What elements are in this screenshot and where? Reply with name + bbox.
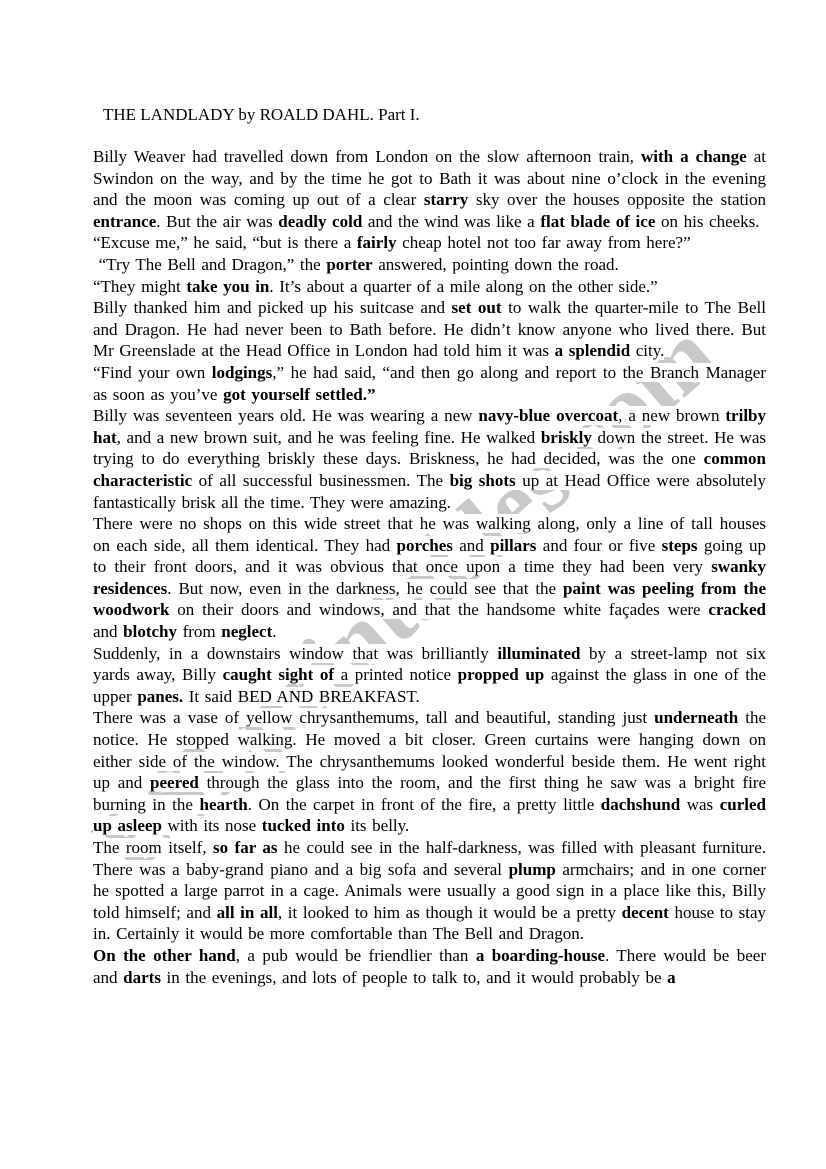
bold-term: navy-blue overcoat: [478, 406, 618, 425]
text-segment: It said BED AND BREAKFAST.: [183, 687, 420, 706]
bold-term: big shots: [450, 471, 516, 490]
text-segment: Billy thanked him and picked up his suit…: [93, 298, 452, 317]
text-segment: and the wind was like a: [362, 212, 540, 231]
paragraph: “Excuse me,” he said, “but is there a fa…: [93, 232, 766, 254]
bold-term: starry: [424, 190, 468, 209]
paragraph: “They might take you in. It’s about a qu…: [93, 276, 766, 298]
paragraph: There were no shops on this wide street …: [93, 513, 766, 643]
document-content: THE LANDLADY by ROALD DAHL. Part I. Bill…: [93, 104, 766, 988]
text-segment: its belly.: [345, 816, 409, 835]
paragraph: Suddenly, in a downstairs window that wa…: [93, 643, 766, 708]
paragraph: The room itself, so far as he could see …: [93, 837, 766, 945]
paragraph-text: Billy thanked him and picked up his suit…: [93, 298, 766, 360]
text-segment: , and a new brown suit, and he was feeli…: [117, 428, 541, 447]
bold-term: porches: [397, 536, 453, 555]
text-segment: . On the carpet in front of the fire, a …: [248, 795, 601, 814]
bold-term: dachshund: [601, 795, 680, 814]
text-segment: “They might: [93, 277, 186, 296]
text-segment: . But now, even in the darkness, he coul…: [167, 579, 563, 598]
paragraph-text: “Excuse me,” he said, “but is there a fa…: [93, 233, 691, 252]
text-segment: of all successful businessmen. The: [192, 471, 449, 490]
bold-term: take you in: [186, 277, 269, 296]
bold-term: decent: [622, 903, 669, 922]
paragraph-text: Suddenly, in a downstairs window that wa…: [93, 644, 766, 706]
bold-term: illuminated: [497, 644, 580, 663]
paragraph: Billy Weaver had travelled down from Lon…: [93, 146, 766, 232]
bold-term: tucked into: [262, 816, 345, 835]
bold-term: hearth: [199, 795, 247, 814]
bold-term: plump: [509, 860, 556, 879]
text-segment: cheap hotel not too far away from here?”: [397, 233, 691, 252]
text-segment: from: [177, 622, 221, 641]
bold-term: pillars: [490, 536, 536, 555]
text-segment: The room itself,: [93, 838, 213, 857]
bold-term: darts: [123, 968, 161, 987]
paragraph-text: Billy was seventeen years old. He was we…: [93, 406, 766, 511]
text-segment: in the evenings, and lots of people to t…: [161, 968, 667, 987]
bold-term: lodgings: [212, 363, 272, 382]
paragraph-text: “Try The Bell and Dragon,” the porter an…: [93, 255, 619, 274]
bold-term: set out: [452, 298, 502, 317]
bold-term: a splendid: [555, 341, 631, 360]
paragraph-text: There were no shops on this wide street …: [93, 514, 766, 641]
text-segment: Billy Weaver had travelled down from Lon…: [93, 147, 641, 166]
text-segment: sky over the houses opposite the station: [468, 190, 766, 209]
text-segment: “Excuse me,” he said, “but is there a: [93, 233, 357, 252]
bold-term: On the other hand: [93, 946, 236, 965]
text-segment: and: [93, 622, 123, 641]
paragraph: Billy was seventeen years old. He was we…: [93, 405, 766, 513]
text-segment: with its nose: [162, 816, 262, 835]
text-segment: .: [272, 622, 276, 641]
text-segment: on his cheeks.: [655, 212, 759, 231]
text-segment: . It’s about a quarter of a mile along o…: [269, 277, 657, 296]
text-segment: , a pub would be friendlier than: [236, 946, 476, 965]
bold-term: neglect: [221, 622, 272, 641]
bold-term: briskly: [541, 428, 592, 447]
text-segment: and: [453, 536, 490, 555]
paragraph: “Find your own lodgings,” he had said, “…: [93, 362, 766, 405]
document-title: THE LANDLADY by ROALD DAHL. Part I.: [93, 104, 420, 126]
text-segment: city.: [630, 341, 664, 360]
bold-term: fairly: [357, 233, 397, 252]
text-segment: was: [680, 795, 720, 814]
document-page: { "document": { "title": "THE LANDLADY b…: [0, 0, 826, 1169]
bold-term: so far as: [213, 838, 278, 857]
paragraph: There was a vase of yellow chrysanthemum…: [93, 707, 766, 837]
bold-term: blotchy: [123, 622, 177, 641]
text-segment: There was a vase of yellow chrysanthemum…: [93, 708, 654, 727]
text-segment: Billy was seventeen years old. He was we…: [93, 406, 478, 425]
bold-term: propped up: [458, 665, 545, 684]
text-segment: “Find your own: [93, 363, 212, 382]
bold-term: with a change: [641, 147, 747, 166]
text-segment: answered, pointing down the road.: [373, 255, 619, 274]
paragraph: Billy thanked him and picked up his suit…: [93, 297, 766, 362]
bold-term: caught sight of: [223, 665, 334, 684]
title-row: THE LANDLADY by ROALD DAHL. Part I.: [93, 104, 766, 126]
bold-term: porter: [326, 255, 372, 274]
text-segment: “Try The Bell and Dragon,” the: [93, 255, 326, 274]
text-segment: Suddenly, in a downstairs window that wa…: [93, 644, 497, 663]
text-segment: , a new brown: [618, 406, 725, 425]
bold-term: flat blade of ice: [540, 212, 655, 231]
bold-term: got yourself settled.”: [223, 385, 375, 404]
bold-term: steps: [662, 536, 698, 555]
paragraph-text: Billy Weaver had travelled down from Lon…: [93, 147, 766, 231]
bold-term: underneath: [654, 708, 738, 727]
paragraph-text: “Find your own lodgings,” he had said, “…: [93, 363, 766, 404]
paragraph-text: There was a vase of yellow chrysanthemum…: [93, 708, 766, 835]
bold-term: entrance: [93, 212, 156, 231]
paragraph-text: On the other hand, a pub would be friend…: [93, 946, 766, 987]
bold-term: cracked: [708, 600, 766, 619]
paragraph: On the other hand, a pub would be friend…: [93, 945, 766, 988]
text-segment: , it looked to him as though it would be…: [278, 903, 622, 922]
paragraph-text: “They might take you in. It’s about a qu…: [93, 277, 658, 296]
bold-term: panes.: [137, 687, 183, 706]
bold-term: peered: [150, 773, 199, 792]
text-segment: on their doors and windows, and that the…: [170, 600, 709, 619]
bold-term: a boarding-house: [476, 946, 605, 965]
bold-term: a: [667, 968, 676, 987]
text-segment: and four or five: [536, 536, 661, 555]
bold-term: deadly cold: [278, 212, 362, 231]
bold-term: all in all: [217, 903, 278, 922]
text-segment: . But the air was: [156, 212, 278, 231]
paragraph: “Try The Bell and Dragon,” the porter an…: [93, 254, 766, 276]
text-body: Billy Weaver had travelled down from Lon…: [93, 146, 766, 988]
paragraph-text: The room itself, so far as he could see …: [93, 838, 766, 943]
text-segment: a printed notice: [334, 665, 458, 684]
